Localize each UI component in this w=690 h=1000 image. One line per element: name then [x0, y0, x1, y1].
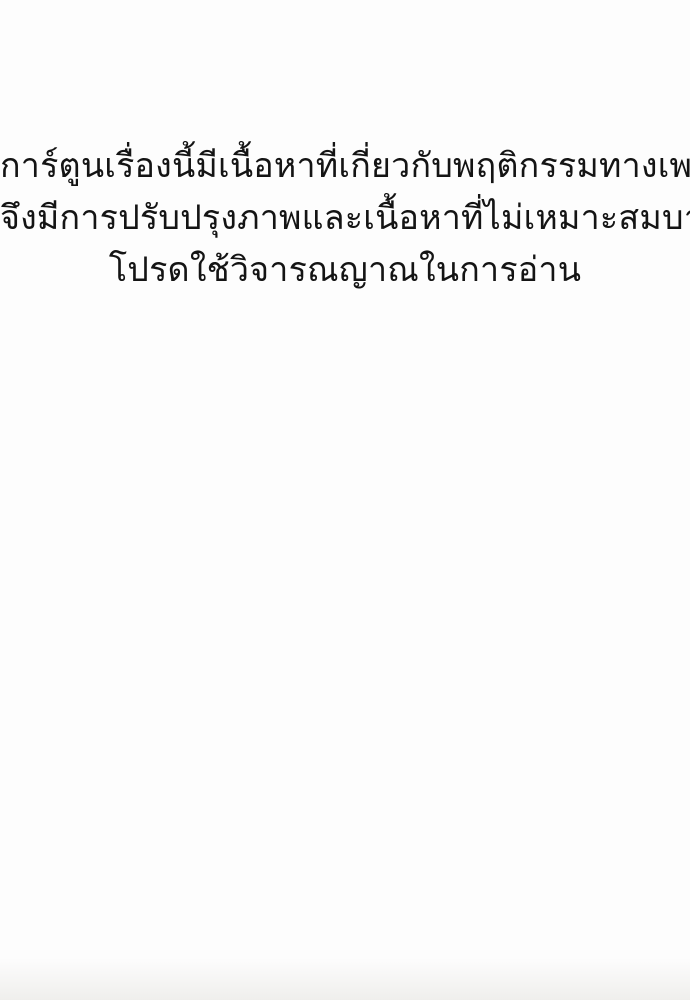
content-warning-notice: การ์ตูนเรื่องนี้มีเนื้อหาที่เกี่ยวกับพฤต… [0, 140, 690, 296]
page-bottom-shade [0, 958, 690, 1000]
comic-content-warning-page: การ์ตูนเรื่องนี้มีเนื้อหาที่เกี่ยวกับพฤต… [0, 0, 690, 1000]
content-warning-line-3: โปรดใช้วิจารณญาณในการอ่าน [0, 244, 690, 296]
content-warning-line-2: จึงมีการปรับปรุงภาพและเนื้อหาที่ไม่เหมาะ… [0, 192, 690, 244]
content-warning-line-1: การ์ตูนเรื่องนี้มีเนื้อหาที่เกี่ยวกับพฤต… [0, 140, 690, 192]
